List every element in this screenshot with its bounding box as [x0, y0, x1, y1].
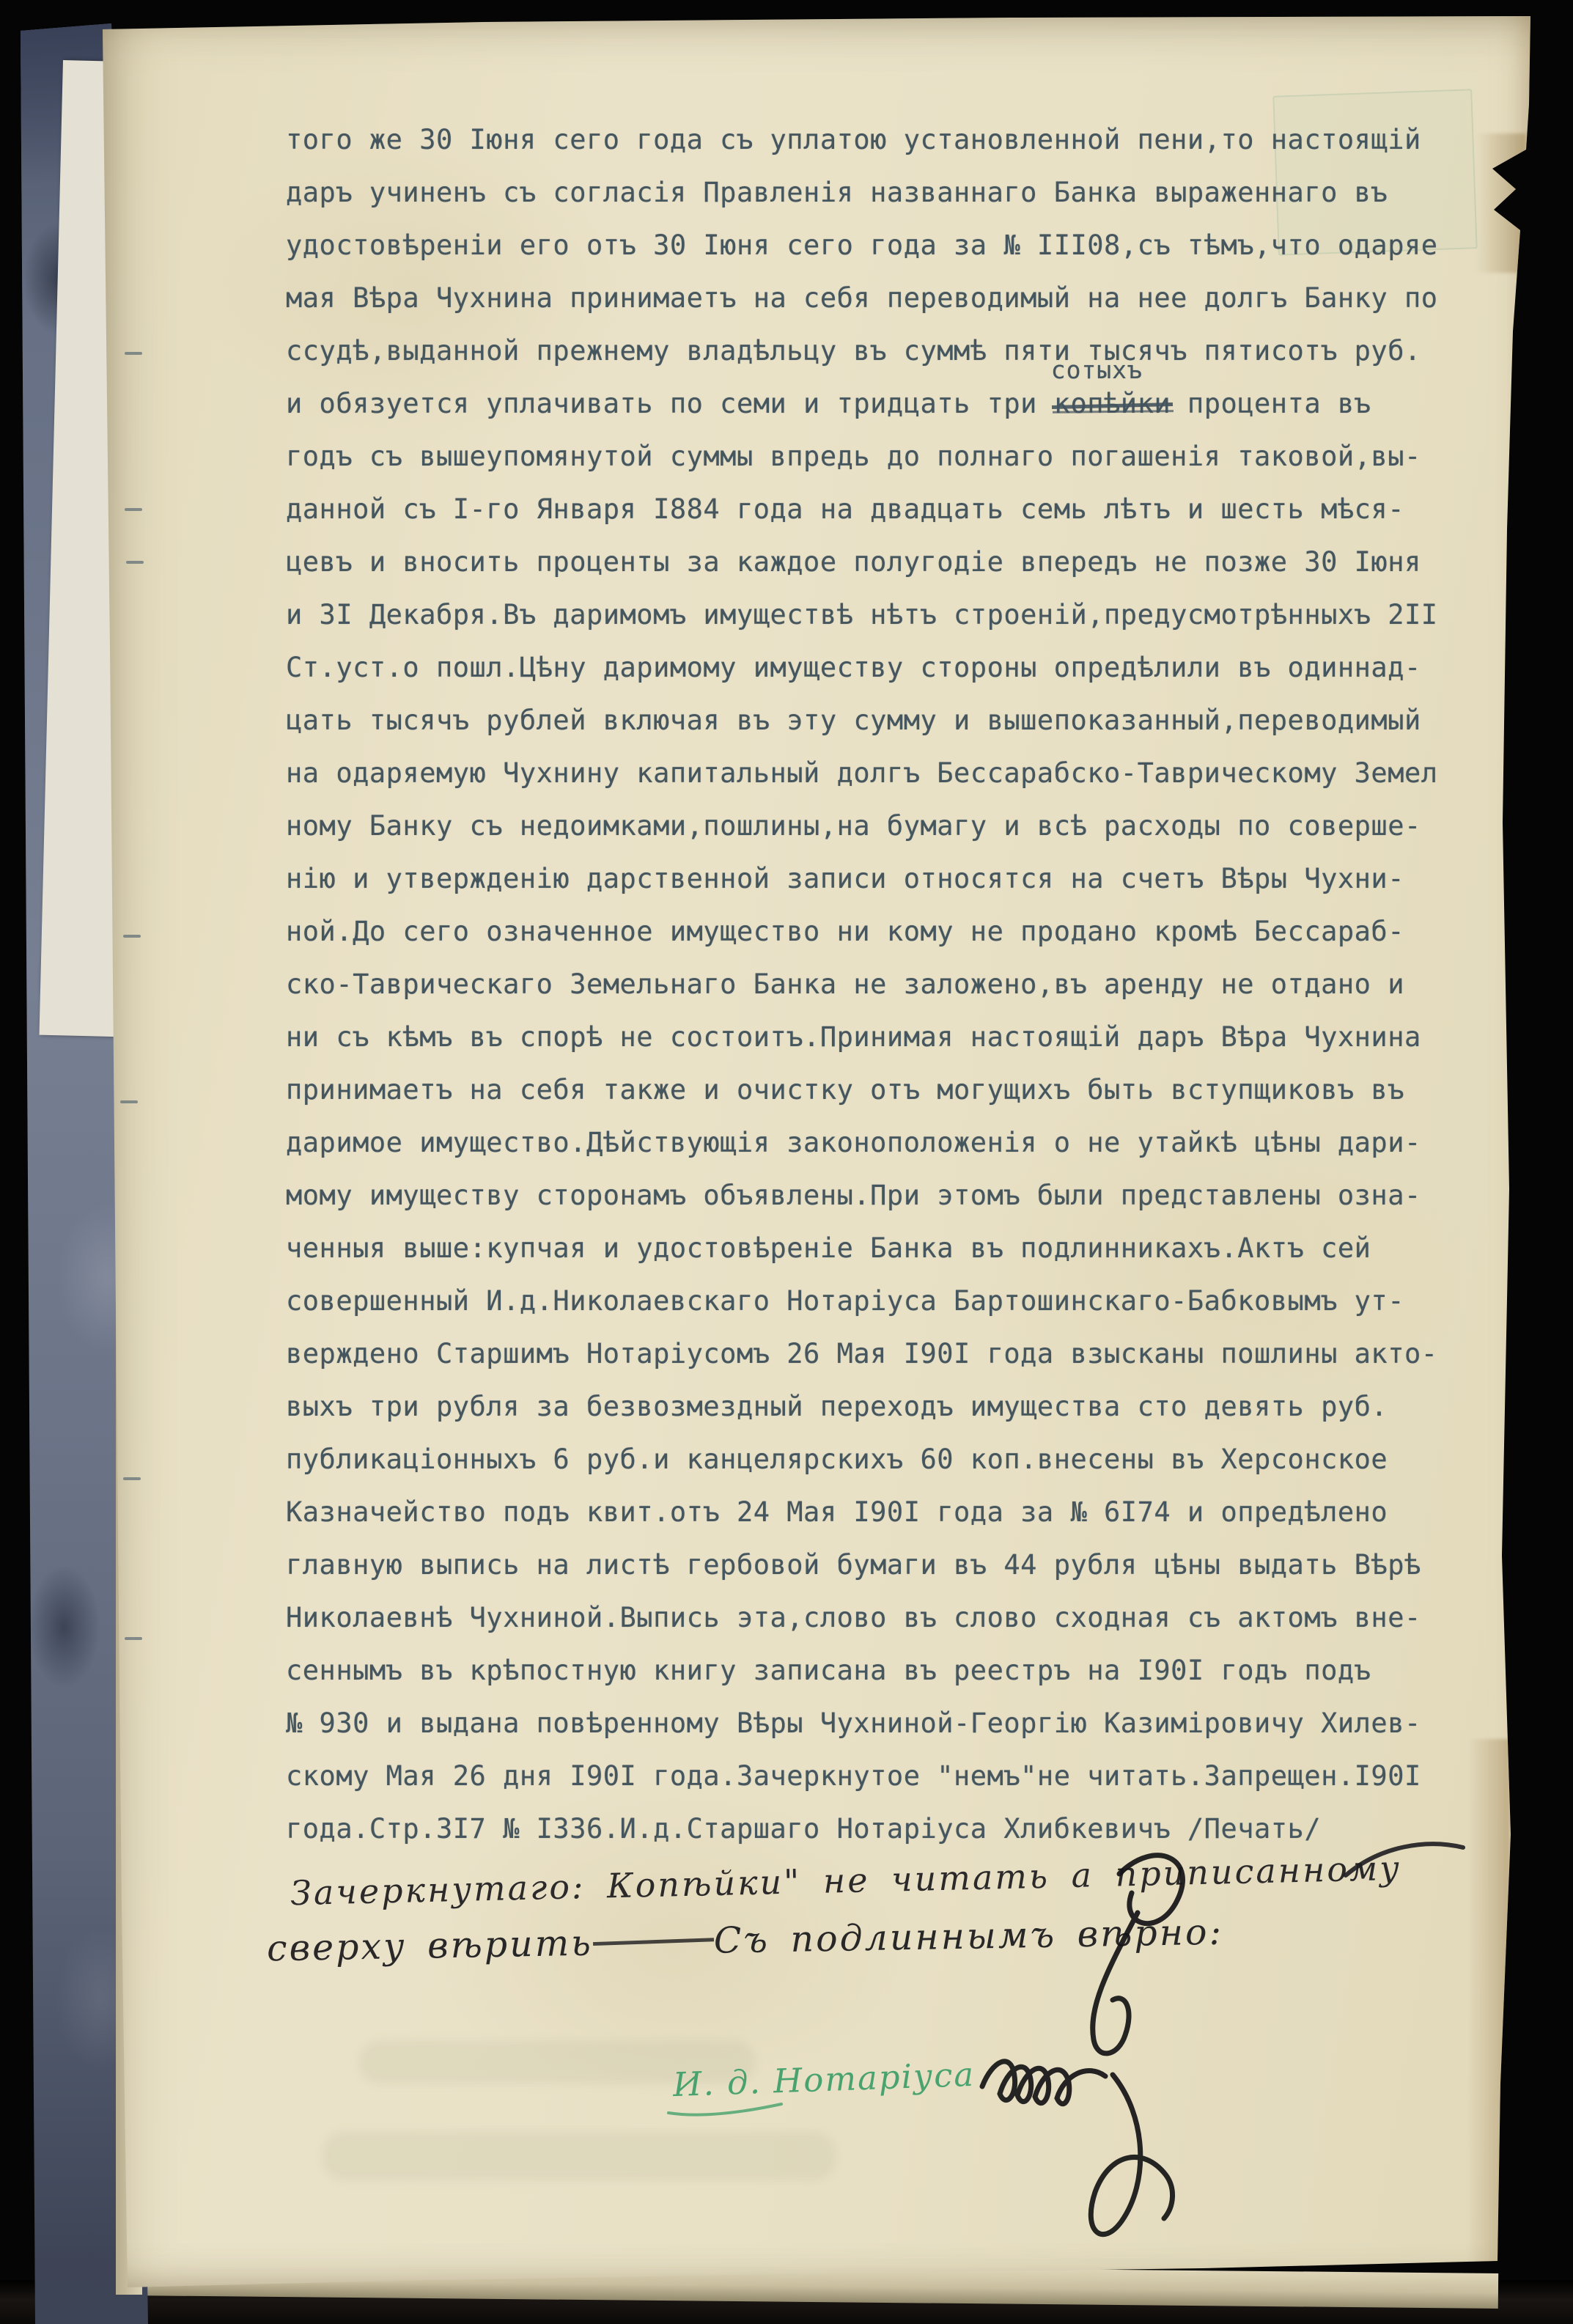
typed-text: и обязуется уплачивать по семи и тридцат… [286, 388, 1054, 419]
typed-line: ному Банку съ недоимками,пошлины,на бума… [286, 800, 1503, 853]
typed-line: на одаряемую Чухнину капитальный долгъ Б… [286, 747, 1503, 800]
typed-line: даръ учиненъ съ согласія Правленія назва… [286, 166, 1503, 219]
typed-line: цать тысячъ рублей включая въ эту сумму … [286, 694, 1503, 747]
pen-flourish-stroke [593, 1938, 714, 1946]
typed-line: и 3І Декабря.Въ даримомъ имуществѣ нѣтъ … [286, 589, 1503, 641]
handwritten-text: сверху вѣрить [267, 1922, 594, 1970]
typed-line: даримое имущество.Дѣйствующія законополо… [286, 1117, 1503, 1169]
interline-insertion: сотыхъ [1051, 358, 1143, 382]
typed-line-with-correction: и обязуется уплачивать по семи и тридцат… [286, 378, 1503, 430]
typed-line: Николаевнѣ Чухниной.Выпись эта,слово въ … [286, 1592, 1503, 1644]
margin-tick [123, 935, 141, 938]
document-page: того же 30 Іюня сего года съ уплатою уст… [103, 16, 1532, 2289]
typed-line: Казначейство подъ квит.отъ 24 Мая І90І г… [286, 1486, 1503, 1539]
typed-line: данной съ І-го Января І884 года на двадц… [286, 483, 1503, 536]
notary-signature [896, 1843, 1262, 2283]
margin-tick [126, 561, 144, 564]
margin-tick [125, 1637, 142, 1640]
typed-line: мому имуществу сторонамъ объявлены.При э… [286, 1169, 1503, 1222]
margin-tick [125, 352, 142, 355]
photographed-archive-book: того же 30 Іюня сего года съ уплатою уст… [0, 0, 1573, 2324]
typed-line: № 930 и выдана повѣренному Вѣры Чухниной… [286, 1697, 1503, 1750]
typed-line: года.Стр.3І7 № І336.И.д.Старшаго Нотаріу… [286, 1803, 1503, 1856]
typed-line: ссудѣ,выданной прежнему владѣльцу въ сум… [286, 325, 1503, 378]
struck-word: копѣйкисотыхъ [1054, 378, 1171, 430]
typed-line: ной.До сего означенное имущество ни кому… [286, 905, 1503, 958]
typed-line: публикаціонныхъ 6 руб.и канцелярскихъ 60… [286, 1433, 1503, 1486]
typed-line: Ст.уст.о пошл.Цѣну даримому имуществу ст… [286, 641, 1503, 694]
typed-line: цевъ и вносить проценты за каждое полуго… [286, 536, 1503, 589]
margin-tick [125, 508, 142, 511]
typed-line: ско-Таврическаго Земельнаго Банка не зал… [286, 958, 1503, 1011]
typed-line: скому Мая 26 дня І90І года.Зачеркнутое "… [286, 1750, 1503, 1803]
typed-text-block: того же 30 Іюня сего года съ уплатою уст… [286, 114, 1503, 1856]
typed-line: годъ съ вышеупомянутой суммы впредь до п… [286, 430, 1503, 483]
typed-line: ни съ кѣмъ въ спорѣ не состоитъ.Принимая… [286, 1011, 1503, 1064]
typed-line: нію и утвержденію дарственной записи отн… [286, 853, 1503, 905]
ink-ghost-smudge [323, 2132, 836, 2180]
typed-line: того же 30 Іюня сего года съ уплатою уст… [286, 114, 1503, 166]
green-underline-flourish [664, 2095, 789, 2120]
typed-line: принимаетъ на себя также и очистку отъ м… [286, 1064, 1503, 1117]
typed-line: главную выпись на листѣ гербовой бумаги … [286, 1539, 1503, 1592]
typed-line: сеннымъ въ крѣпостную книгу записана въ … [286, 1644, 1503, 1697]
typed-line: мая Вѣра Чухнина принимаетъ на себя пере… [286, 272, 1503, 325]
typed-line: верждено Старшимъ Нотаріусомъ 26 Мая І90… [286, 1328, 1503, 1380]
margin-tick [123, 1477, 141, 1480]
typed-line: удостовѣреніи его отъ 30 Іюня сего года … [286, 219, 1503, 272]
margin-tick [120, 1100, 138, 1103]
typed-line: выхъ три рубля за безвозмездный переходъ… [286, 1380, 1503, 1433]
typed-line: ченныя выше:купчая и удостовѣреніе Банка… [286, 1222, 1503, 1275]
typed-text: процента въ [1171, 388, 1371, 419]
typed-line: совершенный И.д.Николаевскаго Нотаріуса … [286, 1275, 1503, 1328]
pen-flourish-over-word [1340, 1833, 1472, 1884]
struck-word-text: копѣйки [1054, 378, 1171, 430]
